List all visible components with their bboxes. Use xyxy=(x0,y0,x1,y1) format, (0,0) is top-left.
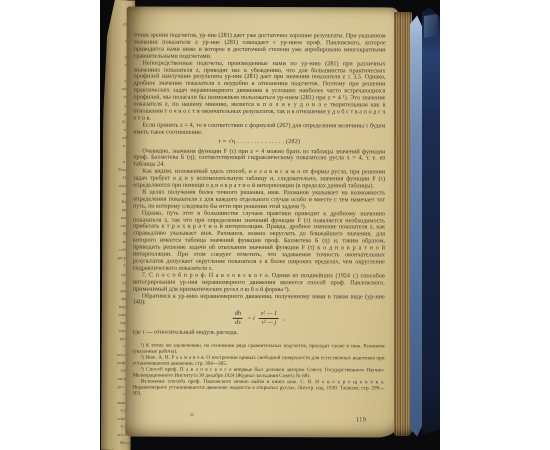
paragraph: 7. С п о с о б п р о ф. П а в л о в с к … xyxy=(133,272,385,294)
footnote-2: ²) Инж. А. Н. Р а х м а н о в. О построе… xyxy=(132,355,384,368)
book-photo: (D (XXI) . елов ты. роф. чени Е алич нос… xyxy=(100,0,440,450)
paragraph: Непосредственные подсчеты, произведенные… xyxy=(133,60,385,123)
paragraph: Если принять z = 4, то в соответствии с … xyxy=(133,122,385,137)
equation-282: τ = √η . . . . . . . . . . . . . . (282) xyxy=(133,138,385,146)
page-block-fore-edge xyxy=(394,12,412,436)
paragraph: Однако, путь этот в большинстве случаев … xyxy=(133,210,385,273)
page-stain xyxy=(189,413,194,417)
page-number: 119 xyxy=(356,416,367,423)
fraction-tau: τ² — 1 τ² — j xyxy=(259,310,279,326)
footnotes: ¹) К этому же заключению, на основании р… xyxy=(132,343,384,398)
comma: , xyxy=(283,315,285,322)
footnote-4: Изложение способа проф. Павловского можн… xyxy=(132,379,384,398)
paragraph: Очевидно, значения функции F (τ) при z =… xyxy=(133,148,385,170)
equals-i: = i xyxy=(247,314,255,321)
endpaper-flyleaf xyxy=(410,13,423,439)
equation-140: dh ds = i τ² — 1 τ² — j , xyxy=(133,310,385,327)
fraction-dh-ds: dh ds xyxy=(233,310,243,326)
back-cover-board xyxy=(422,5,440,437)
paragraph: точки зрения подсчетов, ур-ние (281) дае… xyxy=(134,33,386,62)
right-page: точки зрения подсчетов, ур-ние (281) дае… xyxy=(125,7,398,438)
paragraph: Как видим, изложенный здесь способ, н е … xyxy=(133,169,385,191)
paragraph: В целях получения более точного решения,… xyxy=(133,189,385,211)
cover-corner-sheen xyxy=(424,13,438,37)
page-text-block: точки зрения подсчетов, ур-ние (281) дае… xyxy=(132,33,385,398)
footnote-1: ¹) К этому же заключению, на основании р… xyxy=(133,343,385,356)
paragraph: Обратимся к ур-нию неравномерного движен… xyxy=(133,293,385,308)
where-line: где τ — относительный модуль расхода. xyxy=(133,330,385,338)
